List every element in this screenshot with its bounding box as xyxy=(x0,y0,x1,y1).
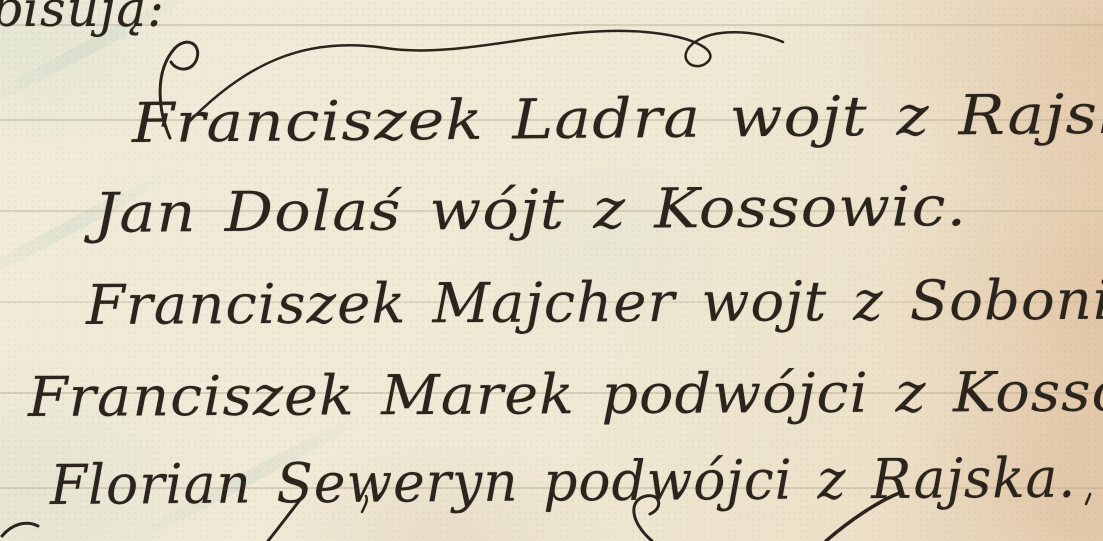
manuscript-line: Franciszek Ladra wojt z Rajska xyxy=(132,86,1103,151)
manuscript-page: pisują: Franciszek Ladra wojt z Rajska J… xyxy=(0,0,1103,541)
manuscript-line: Franciszek Majcher wojt z Soboniowic xyxy=(86,272,1103,333)
manuscript-line: Jan Dolaś wójt z Kossowic. xyxy=(94,179,967,241)
manuscript-line: Franciszek Marek podwójci z Kossoc. xyxy=(28,364,1103,425)
next-line-ascenders-partial xyxy=(0,492,1103,541)
